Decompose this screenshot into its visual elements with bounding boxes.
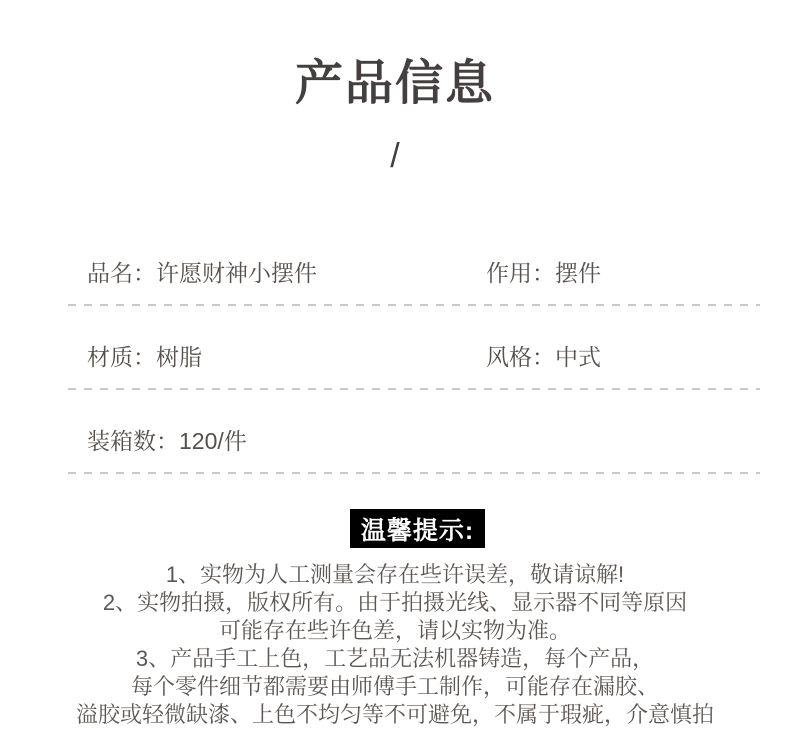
title-divider-slash: / <box>0 138 790 174</box>
tips-line: 1、实物为人工测量会存在些许误差，敬请谅解! <box>0 561 790 589</box>
spec-pack-count: 装箱数：120/件 <box>87 423 486 456</box>
page-title: 产品信息 <box>0 58 790 110</box>
tips-heading-badge: 温馨提示: <box>350 509 485 548</box>
tips-line: 2、实物拍摄，版权所有。由于拍摄光线、显示器不同等原因 <box>0 589 790 617</box>
spec-row: 材质：树脂 风格：中式 <box>68 306 760 388</box>
spec-style: 风格：中式 <box>486 339 760 372</box>
spec-function: 作用：摆件 <box>486 255 760 288</box>
tips-heading-label: 温馨提示: <box>361 511 474 547</box>
tips-block: 1、实物为人工测量会存在些许误差，敬请谅解! 2、实物拍摄，版权所有。由于拍摄光… <box>0 561 790 729</box>
tips-line: 每个零件细节都需要由师傅手工制作，可能存在漏胶、 <box>0 673 790 701</box>
row-divider-dashed <box>68 472 760 474</box>
spec-row: 品名：许愿财神小摆件 作用：摆件 <box>68 222 760 304</box>
spec-row: 装箱数：120/件 <box>68 390 760 472</box>
spec-product-name: 品名：许愿财神小摆件 <box>87 255 486 288</box>
tips-line: 溢胶或轻微缺漆、上色不均匀等不可避免，不属于瑕疵，介意慎拍 <box>0 701 790 729</box>
tips-line: 3、产品手工上色，工艺品无法机器铸造，每个产品， <box>0 645 790 673</box>
tips-line: 可能存在些许色差，请以实物为准。 <box>0 617 790 645</box>
specs-table: 品名：许愿财神小摆件 作用：摆件 材质：树脂 风格：中式 装箱数：120/件 <box>68 222 760 474</box>
spec-material: 材质：树脂 <box>87 339 486 372</box>
